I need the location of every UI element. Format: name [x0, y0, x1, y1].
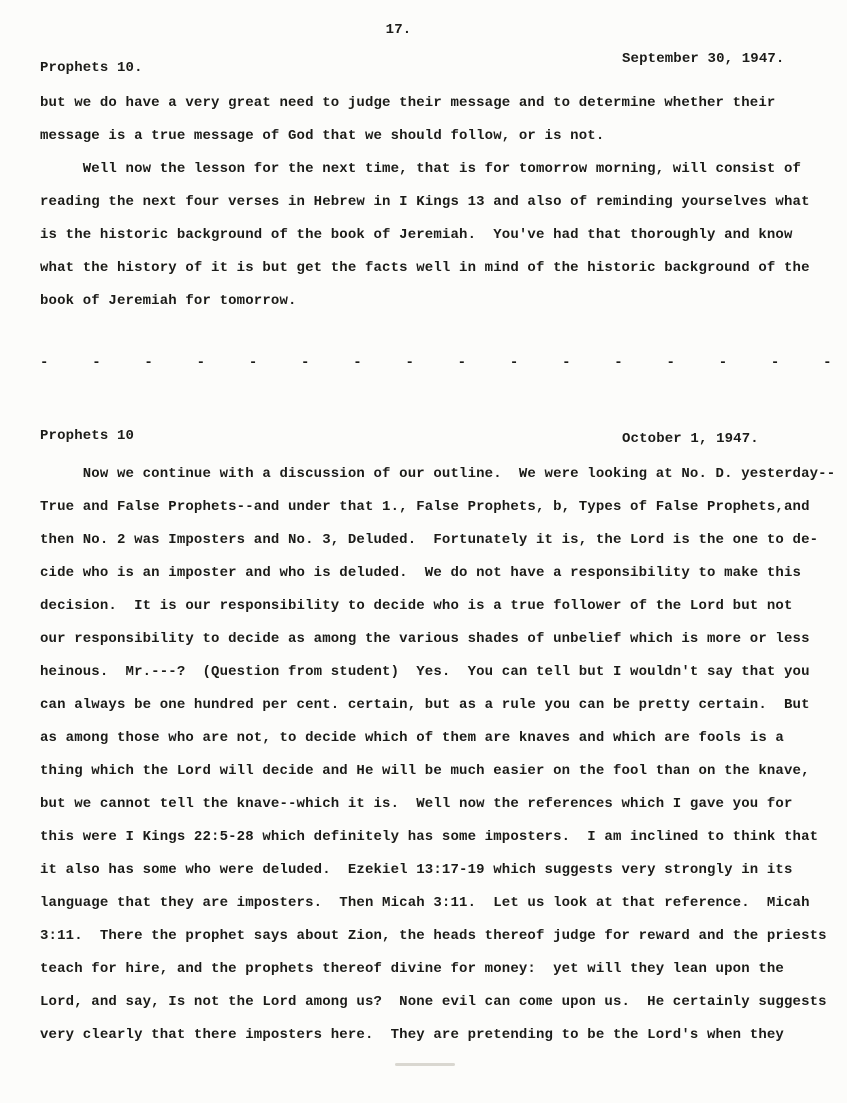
session2-paragraph-1: Now we continue with a discussion of our…	[40, 458, 817, 1052]
text-line: Now we continue with a discussion of our…	[40, 458, 817, 491]
text-line: it also has some who were deluded. Ezeki…	[40, 854, 817, 887]
text-line: our responsibility to decide as among th…	[40, 623, 817, 656]
text-line: language that they are imposters. Then M…	[40, 887, 817, 920]
text-line: this were I Kings 22:5-28 which definite…	[40, 821, 817, 854]
text-line: reading the next four verses in Hebrew i…	[40, 186, 817, 219]
scan-smudge	[395, 1063, 455, 1066]
text-line: then No. 2 was Imposters and No. 3, Delu…	[40, 524, 817, 557]
session1-course-title: Prophets 10.	[40, 60, 143, 76]
typewritten-lecture-page: 17. Prophets 10. September 30, 1947. but…	[0, 0, 847, 1103]
text-line: but we do have a very great need to judg…	[40, 87, 817, 120]
session1-paragraph-2: Well now the lesson for the next time, t…	[40, 153, 817, 318]
text-line: teach for hire, and the prophets thereof…	[40, 953, 817, 986]
text-line: what the history of it is but get the fa…	[40, 252, 817, 285]
dashed-separator: - - - - - - - - - - - - - - - -	[40, 347, 817, 380]
text-line: Lord, and say, Is not the Lord among us?…	[40, 986, 817, 1019]
text-line: message is a true message of God that we…	[40, 120, 817, 153]
session2-date: October 1, 1947.	[622, 423, 759, 456]
session1-date: September 30, 1947.	[622, 43, 784, 76]
text-line: cide who is an imposter and who is delud…	[40, 557, 817, 590]
text-line: as among those who are not, to decide wh…	[40, 722, 817, 755]
text-line: Well now the lesson for the next time, t…	[40, 153, 817, 186]
text-line: True and False Prophets--and under that …	[40, 491, 817, 524]
text-line: very clearly that there imposters here. …	[40, 1019, 817, 1052]
text-line: heinous. Mr.---? (Question from student)…	[40, 656, 817, 689]
session2-course-title: Prophets 10	[40, 428, 134, 444]
text-line: is the historic background of the book o…	[40, 219, 817, 252]
session1-paragraph-1: but we do have a very great need to judg…	[40, 87, 817, 153]
page-content: 17. Prophets 10. September 30, 1947. but…	[0, 0, 847, 1052]
session2-header: Prophets 10 October 1, 1947.	[40, 420, 817, 453]
text-line: decision. It is our responsibility to de…	[40, 590, 817, 623]
text-line: but we cannot tell the knave--which it i…	[40, 788, 817, 821]
text-line: can always be one hundred per cent. cert…	[40, 689, 817, 722]
text-line: 3:11. There the prophet says about Zion,…	[40, 920, 817, 953]
text-line: thing which the Lord will decide and He …	[40, 755, 817, 788]
session1-header: Prophets 10. September 30, 1947.	[40, 52, 817, 85]
text-line: book of Jeremiah for tomorrow.	[40, 285, 817, 318]
